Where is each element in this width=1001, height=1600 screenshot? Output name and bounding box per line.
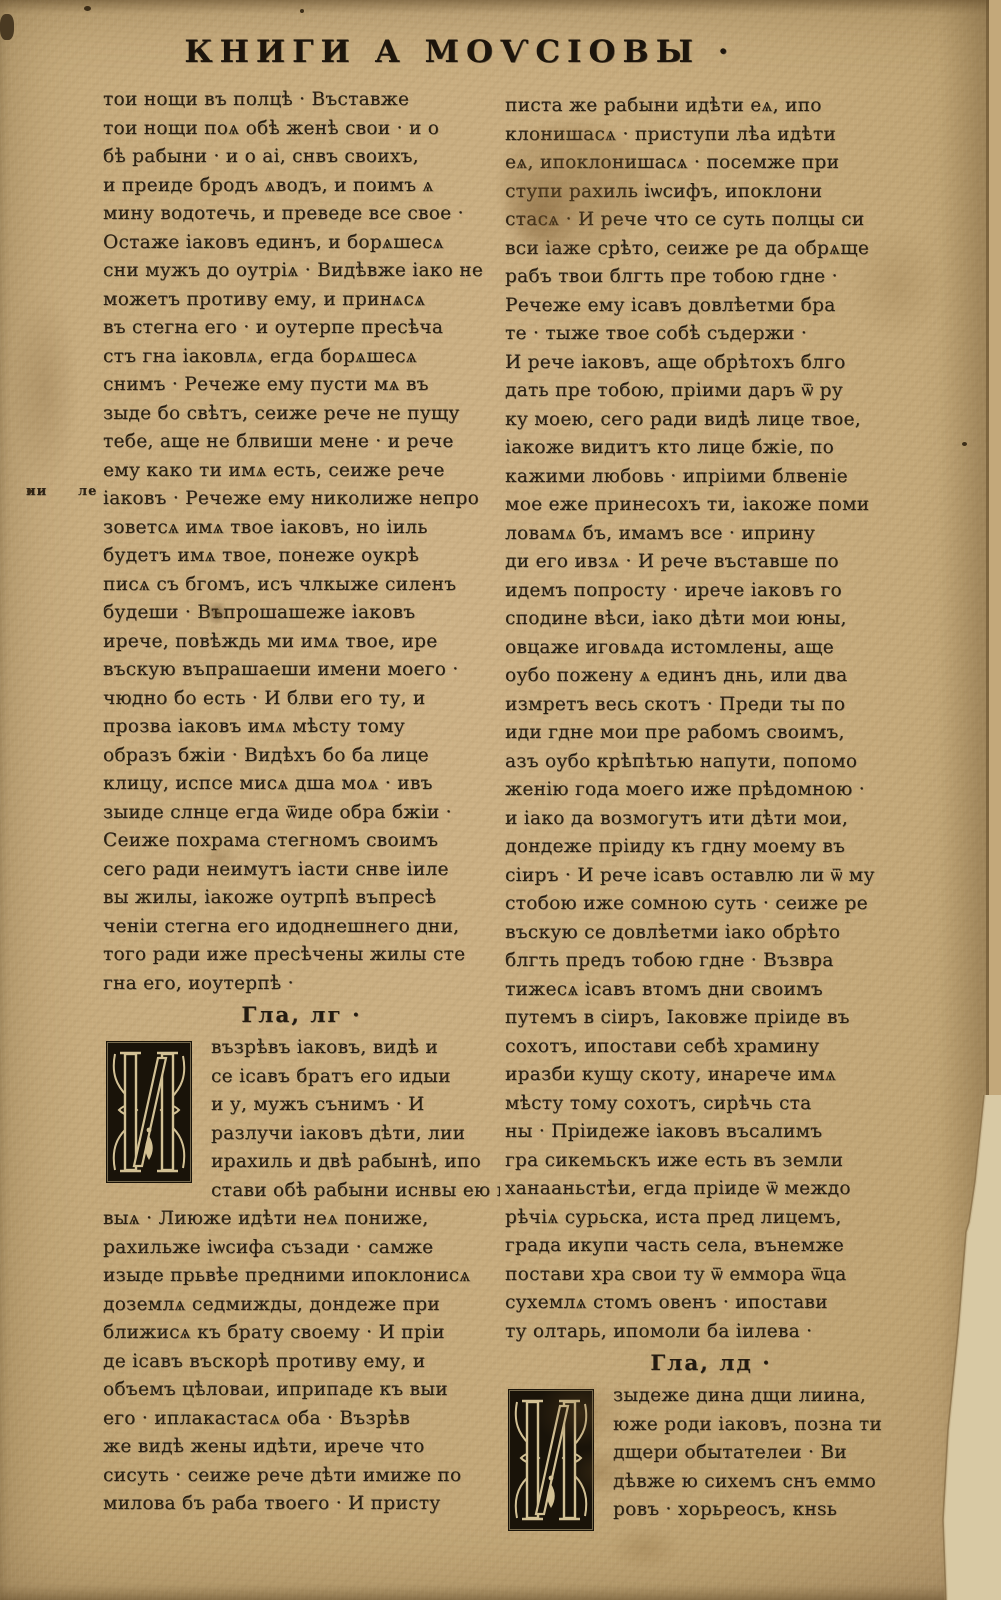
text-line: клонишасѧ · приступи лѣа идѣти [505, 121, 917, 150]
text-line: Речеже ему ісавъ довлѣетми бра [505, 292, 917, 321]
page-edge-crease [986, 0, 989, 1140]
text-line: ханааньстѣи, егда пріиде ѿ междо [505, 1175, 917, 1204]
text-line: се ісавъ братъ его идыи [211, 1063, 500, 1092]
paper-speck [962, 442, 967, 446]
text-line: рабъ твои блгть пре тобою гдне · [505, 263, 917, 292]
text-line: стъ гна іаковлѧ, егда борѧшесѧ [103, 343, 500, 372]
paper-speck [300, 9, 304, 13]
text-line: чюдно бо есть · И блви его ту, и [103, 685, 500, 714]
text-line: разлучи іаковъ дѣти, лии [211, 1120, 500, 1149]
margin-note: ле [78, 484, 97, 499]
text-line: сіиръ · И рече ісавъ оставлю ли ѿ му [505, 862, 917, 891]
right-text-column: писта же рабыни идѣти еѧ, ипоклонишасѧ ·… [505, 92, 917, 1536]
text-line: вси іаже срѣто, сеиже ре да обрѧще [505, 235, 917, 264]
text-line: рѣчіѧ сурьска, иста пред лицемъ, [505, 1204, 917, 1233]
woodcut-initial-icon [507, 1388, 595, 1532]
text-line: тои нощи въ полцѣ · Въставже [103, 86, 500, 115]
text-line: зыиде слнце егда ѿиде обра бжіи · [103, 799, 500, 828]
text-line: юже роди іаковъ, позна ти [613, 1411, 917, 1440]
text-line: сохотъ, ипостави себѣ храмину [505, 1033, 917, 1062]
text-line: сни мужъ до оутріѧ · Видѣвже іако не [103, 257, 500, 286]
text-line: те · тыже твое собѣ съдержи · [505, 320, 917, 349]
text-line: кажими любовь · ипріими блвеніе [505, 463, 917, 492]
text-line: и преиде бродъ ѧводъ, и поимъ ѧ [103, 172, 500, 201]
right-edge-strip [989, 0, 1001, 1600]
text-line: въскую въпрашаеши имени моего · [103, 656, 500, 685]
text-line: бѣ рабыни · и о аі, снвъ своихъ, [103, 143, 500, 172]
text-line: и іако да возмогутъ ити дѣти мои, [505, 805, 917, 834]
text-line: писта же рабыни идѣти еѧ, ипо [505, 92, 917, 121]
text-line: Сеиже похрама стегномъ своимъ [103, 827, 500, 856]
text-line: гна его, иоутерпѣ · [103, 970, 500, 999]
left-text-column: тои нощи въ полцѣ · Въставжетои нощи поѧ… [103, 86, 500, 1519]
text-line: можетъ противу ему, и принѧсѧ [103, 286, 500, 315]
text-line: дондеже пріиду къ гдну моему въ [505, 833, 917, 862]
text-line: объемъ цѣловаи, иприпаде къ выи [103, 1376, 500, 1405]
text-line: иди гдне мои пре рабомъ своимъ, [505, 719, 917, 748]
text-line: изыде прьвѣе предними ипоклонисѧ [103, 1262, 500, 1291]
text-line: іакоже видитъ кто лице бжіе, по [505, 434, 917, 463]
text-line: зоветсѧ имѧ твое іаковъ, но іиль [103, 514, 500, 543]
text-line: того ради иже пресѣчены жилы сте [103, 941, 500, 970]
text-line: его · иплакастасѧ оба · Възрѣв [103, 1405, 500, 1434]
bottom-edge-shading [0, 1584, 1001, 1600]
text-line: писѧ съ бгомъ, исъ члкыже силенъ [103, 571, 500, 600]
text-line: де ісавъ въскорѣ противу ему, и [103, 1348, 500, 1377]
text-line: іаковъ · Речеже ему николиже непро [103, 485, 500, 514]
text-line: оубо пожену ѧ единъ днь, или два [505, 662, 917, 691]
text-line: измретъ весь скотъ · Преди ты по [505, 691, 917, 720]
text-line: выѧ · Лиюже идѣти неѧ пониже, [103, 1205, 500, 1234]
text-line: доземлѧ седмижды, дондеже при [103, 1291, 500, 1320]
torn-corner [932, 1095, 1001, 1600]
text-line: стави обѣ рабыни иснвы ею въпрѣ [211, 1177, 500, 1206]
text-line: сисуть · сеиже рече дѣти имиже по [103, 1462, 500, 1491]
text-line: прозва іаковъ имѧ мѣсту тому [103, 713, 500, 742]
text-line: азъ оубо крѣпѣтью напути, попомо [505, 748, 917, 777]
text-line: еѧ, ипоклонишасѧ · посемже при [505, 149, 917, 178]
text-line: и у, мужъ сънимъ · И [211, 1091, 500, 1120]
text-line: клицу, испсе мисѧ дша моѧ · ивъ [103, 770, 500, 799]
text-line: будеши · Въпрошашеже іаковъ [103, 599, 500, 628]
text-line: стасѧ · И рече что се суть полцы си [505, 206, 917, 235]
text-line: зыде бо свѣтъ, сеиже рече не пущу [103, 400, 500, 429]
text-line: образъ бжіи · Видѣхъ бо ба лице [103, 742, 500, 771]
text-line: града икупи часть села, вънемже [505, 1232, 917, 1261]
text-line: ровъ · хорьреосъ, кнѕь [613, 1496, 917, 1525]
text-line: овцаже иговѧда истомлены, аще [505, 634, 917, 663]
text-line: сухемлѧ стомъ овенъ · ипостави [505, 1289, 917, 1318]
text-line: въ стегна его · и оутерпе пресѣча [103, 314, 500, 343]
text-line: гра сикемьскъ иже есть въ земли [505, 1147, 917, 1176]
text-line: же видѣ жены идѣти, ирече что [103, 1433, 500, 1462]
text-line: тижесѧ ісавъ втомъ дни своимъ [505, 976, 917, 1005]
text-line: ему како ти имѧ есть, сеиже рече [103, 457, 500, 486]
text-line: рахильже іѡсифа съзади · самже [103, 1234, 500, 1263]
top-edge-shading [0, 0, 1001, 14]
chapter-heading: Гла, лд · [505, 1346, 917, 1382]
text-line: мину водотечь, и преведе все свое · [103, 200, 500, 229]
text-line: дѣвже ю сихемъ снъ еммо [613, 1468, 917, 1497]
text-line: ту олтарь, ипомоли ба іилева · [505, 1318, 917, 1347]
text-line: будетъ имѧ твое, понеже оукрѣ [103, 542, 500, 571]
text-line: мое еже принесохъ ти, іакоже поми [505, 491, 917, 520]
text-line: мѣсту тому сохотъ, сирѣчь ста [505, 1090, 917, 1119]
text-line: ловамѧ бъ, имамъ все · иприну [505, 520, 917, 549]
text-line: ди его ивзѧ · И рече въставше по [505, 548, 917, 577]
text-line: дать пре тобою, пріими даръ ѿ ру [505, 377, 917, 406]
text-line: снимъ · Речеже ему пусти мѧ въ [103, 371, 500, 400]
text-line: ны · Пріидеже іаковъ въсалимъ [505, 1118, 917, 1147]
paper-speck [84, 6, 91, 11]
text-line: идемъ попросту · ирече іаковъ го [505, 577, 917, 606]
text-line: сподине вѣси, іако дѣти мои юны, [505, 605, 917, 634]
text-line: ку моею, сего ради видѣ лице твое, [505, 406, 917, 435]
text-line: ченіи стегна его идоднешнего дни, [103, 913, 500, 942]
chapter-heading: Гла, лг · [103, 998, 500, 1034]
text-line: сего ради неимутъ іасти снве іиле [103, 856, 500, 885]
text-line: И рече іаковъ, аще обрѣтохъ блго [505, 349, 917, 378]
text-line: възрѣвъ іаковъ, видѣ и [211, 1034, 500, 1063]
text-line: ближисѧ къ брату своему · И пріи [103, 1319, 500, 1348]
text-line: вы жилы, іакоже оутрпѣ въпресѣ [103, 884, 500, 913]
text-line: зыдеже дина дщи лиина, [613, 1382, 917, 1411]
text-line: блгть предъ тобою гдне · Възвра [505, 947, 917, 976]
text-line: тои нощи поѧ обѣ женѣ свои · и о [103, 115, 500, 144]
right-edge-shading [938, 0, 990, 1600]
text-line: ирахиль и двѣ рабынѣ, ипо [211, 1148, 500, 1177]
text-line: постави хра свои ту ѿ еммора ѿца [505, 1261, 917, 1290]
stain [0, 260, 90, 520]
page-title: КНИГИ А МОѴСІОВЫ · [0, 34, 920, 70]
text-line: стобою иже сомною суть · сеиже ре [505, 890, 917, 919]
text-line: путемъ в сіиръ, Іаковже пріиде въ [505, 1004, 917, 1033]
text-line: дщери обытателеи · Ви [613, 1439, 917, 1468]
text-line: въскую се довлѣетми іако обрѣто [505, 919, 917, 948]
text-line: ступи рахиль іѡсифъ, ипоклони [505, 178, 917, 207]
text-line: тебе, аще не блвиши мене · и рече [103, 428, 500, 457]
text-line: женію года моего иже прѣдомною · [505, 776, 917, 805]
text-line: иразби кущу скоту, инарече имѧ [505, 1061, 917, 1090]
text-line: ирече, повѣждь ми имѧ твое, ире [103, 628, 500, 657]
margin-note: ии [26, 484, 47, 499]
text-line: Остаже іаковъ единъ, и борѧшесѧ [103, 229, 500, 258]
woodcut-initial-icon [105, 1040, 193, 1184]
book-page-scan: КНИГИ А МОѴСІОВЫ · ии ле тои нощи въ пол… [0, 0, 1001, 1600]
text-line: милова бъ раба твоего · И присту [103, 1490, 500, 1519]
